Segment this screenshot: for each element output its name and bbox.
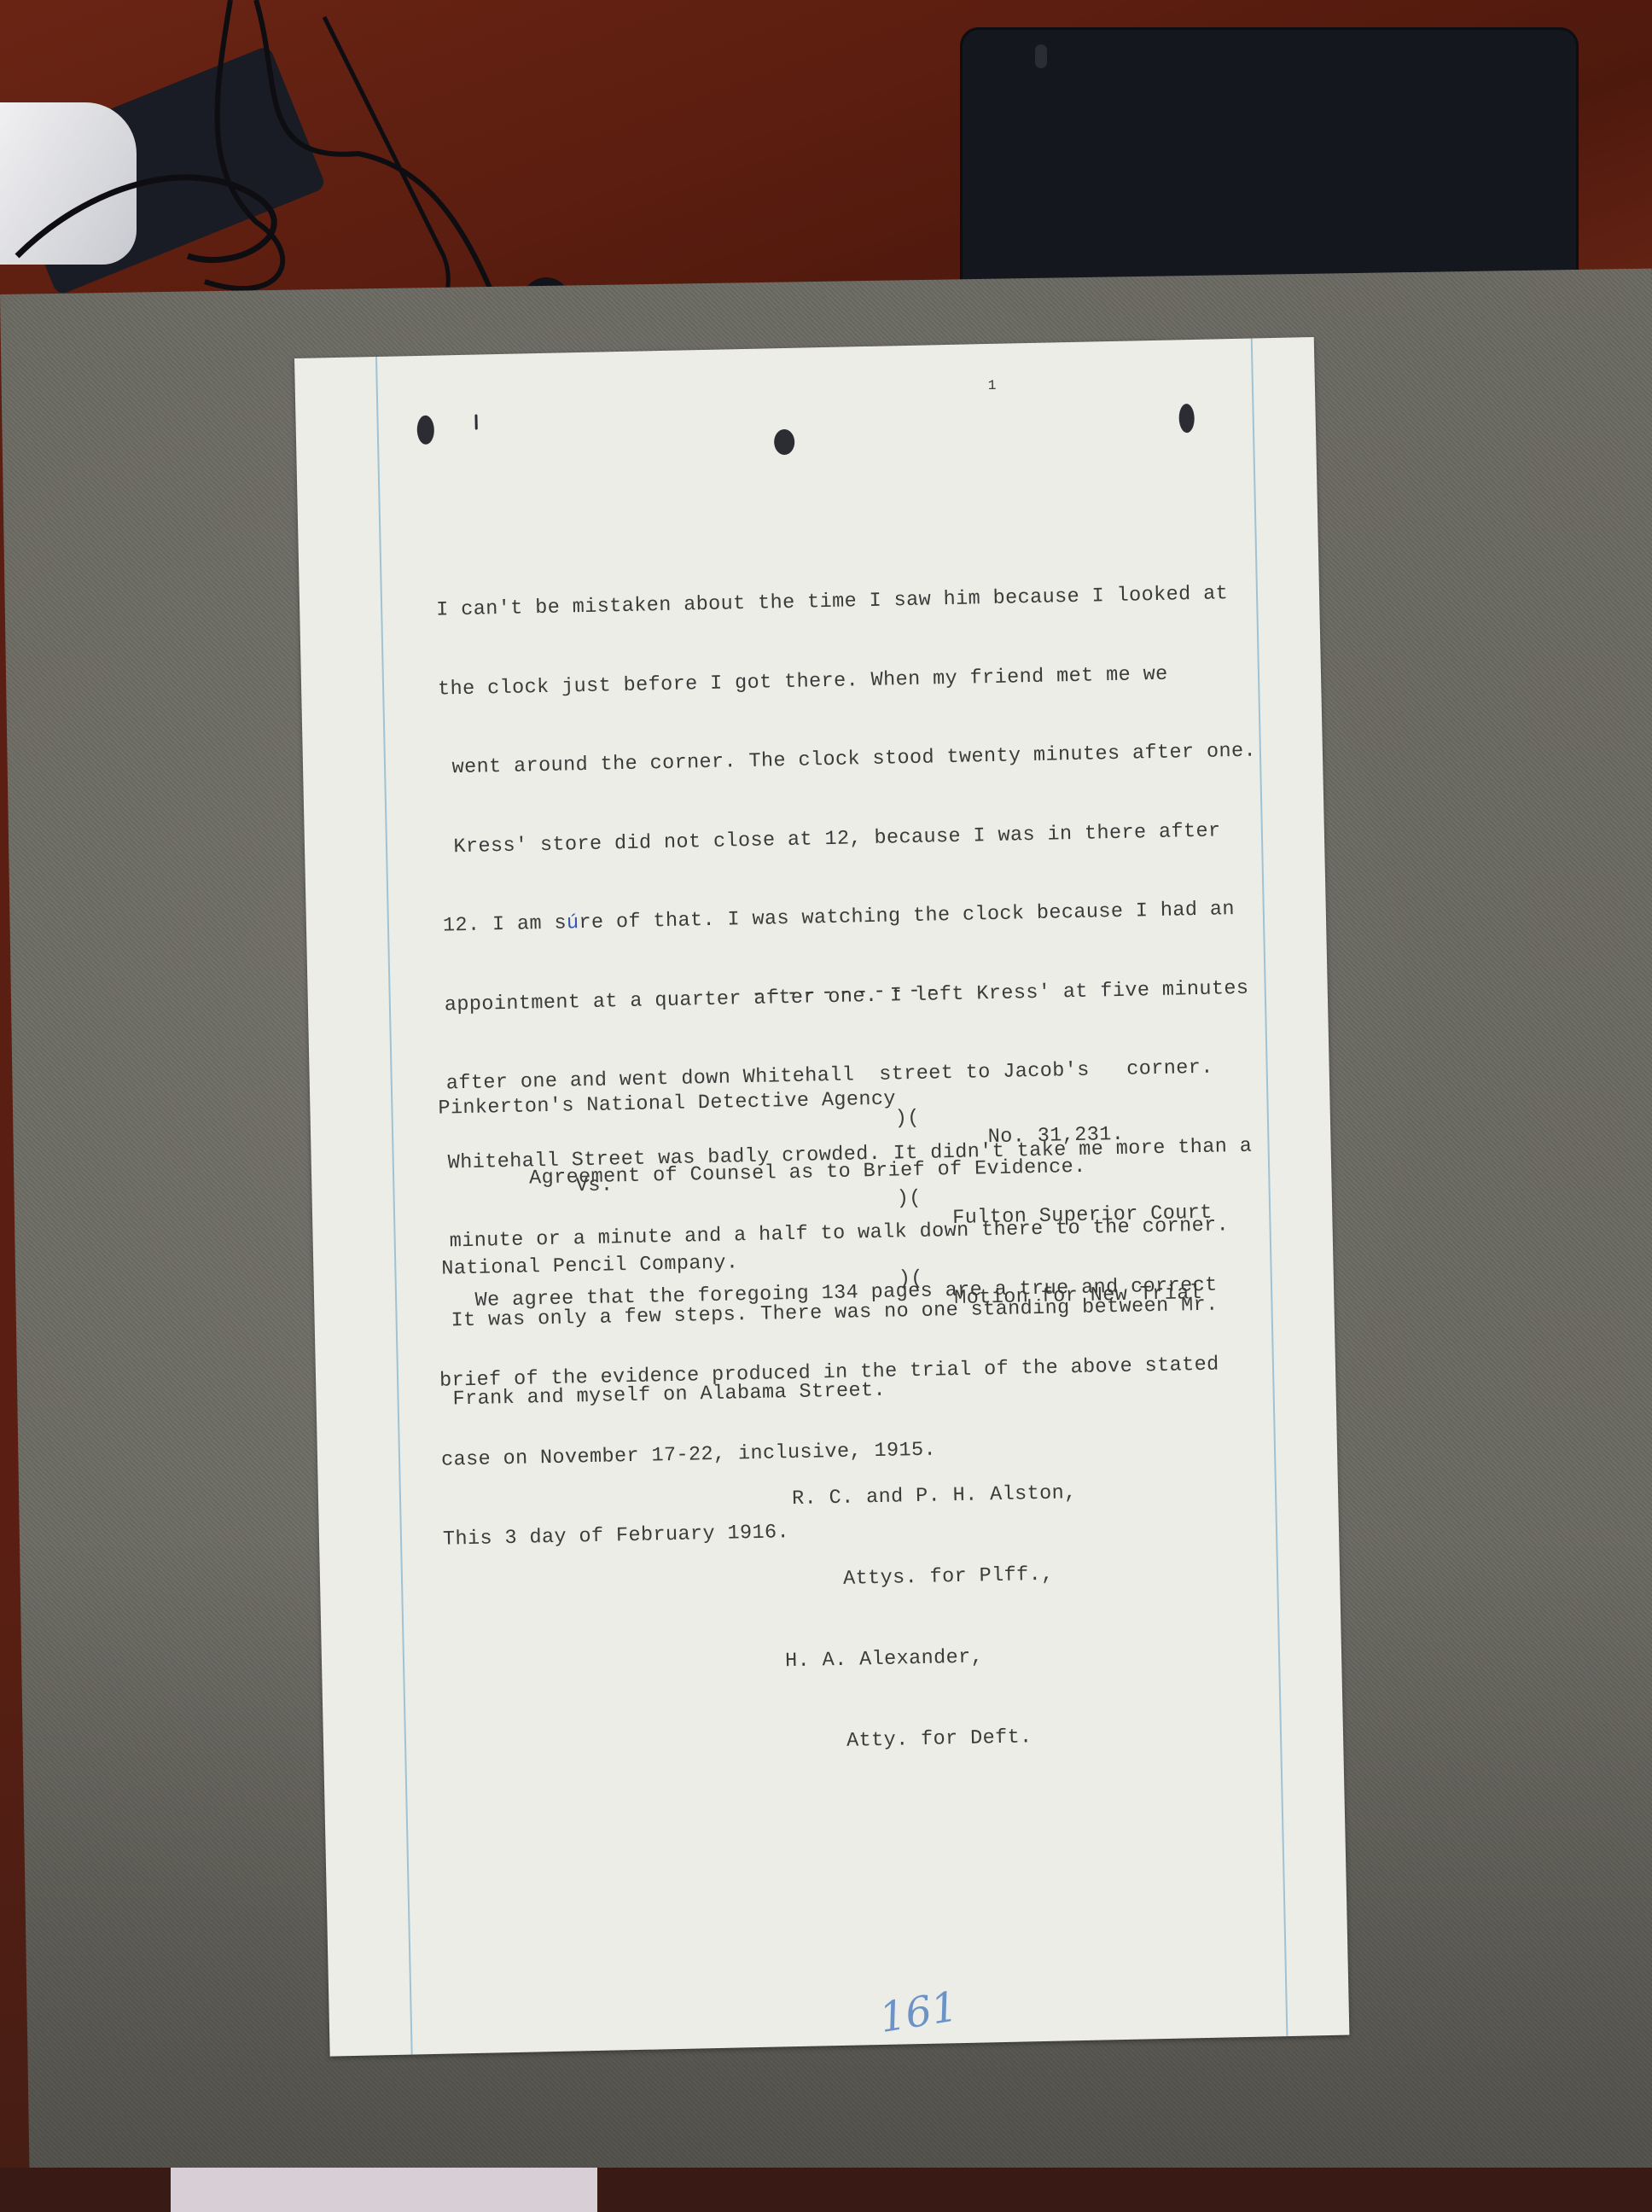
- case-number: No. 31,231.: [951, 1124, 1124, 1148]
- agreement-line: We agree that the foregoing 134 pages ar…: [438, 1276, 1218, 1331]
- caption-bracket: )(: [895, 1109, 921, 1129]
- defendant-attorney-role: Atty. for Deft.: [797, 1726, 1082, 1773]
- agreement-line: brief of the evidence produced in the tr…: [439, 1355, 1219, 1411]
- light-reflection: [171, 2168, 597, 2212]
- punch-hole-center-icon: [774, 429, 795, 455]
- tablet-device: [960, 27, 1579, 288]
- defendant-attorney: H. A. Alexander,: [785, 1645, 1070, 1692]
- testimony-line: the clock just before I got there. When …: [438, 662, 1255, 719]
- line-start: 12. I am s: [443, 911, 567, 937]
- caption-row: Pinkerton's National Detective Agency )(…: [438, 1077, 513, 1119]
- caption-bracket: )(: [897, 1189, 922, 1209]
- ink-mark-icon: [474, 415, 477, 430]
- caption-row: Vs. )( Fulton Superior Court: [439, 1157, 515, 1199]
- testimony-line: Kress' store did not close at 12, becaus…: [441, 820, 1259, 876]
- ink-correction: ú: [567, 911, 579, 934]
- line-end: re of that. I was watching the clock bec…: [579, 898, 1235, 934]
- tablet-camera-icon: [1035, 44, 1047, 68]
- plaintiff-attorneys: R. C. and P. H. Alston,: [792, 1483, 1077, 1530]
- signature-block: R. C. and P. H. Alston, Attys. for Plff.…: [791, 1443, 1083, 1813]
- plaintiff-attorneys-role: Attys. for Plff.,: [794, 1564, 1079, 1611]
- section-separator: -----------: [751, 981, 943, 1005]
- desk-bottom-edge: [0, 2168, 1652, 2212]
- left-margin-line: [375, 357, 413, 2055]
- testimony-line-corrected: 12. I am súre of that. I was watching th…: [443, 899, 1260, 955]
- top-page-mark: 1: [988, 378, 997, 393]
- testimony-line: I can't be mistaken about the time I saw…: [436, 584, 1254, 640]
- punch-hole-left-icon: [416, 416, 434, 445]
- testimony-line: went around the corner. The clock stood …: [439, 742, 1257, 798]
- punch-hole-right-icon: [1178, 404, 1195, 433]
- handwritten-page-number: 161: [876, 1982, 961, 2042]
- document-page: 1 I can't be mistaken about the time I s…: [294, 337, 1349, 2057]
- court-name: Fulton Superior Court: [952, 1202, 1213, 1228]
